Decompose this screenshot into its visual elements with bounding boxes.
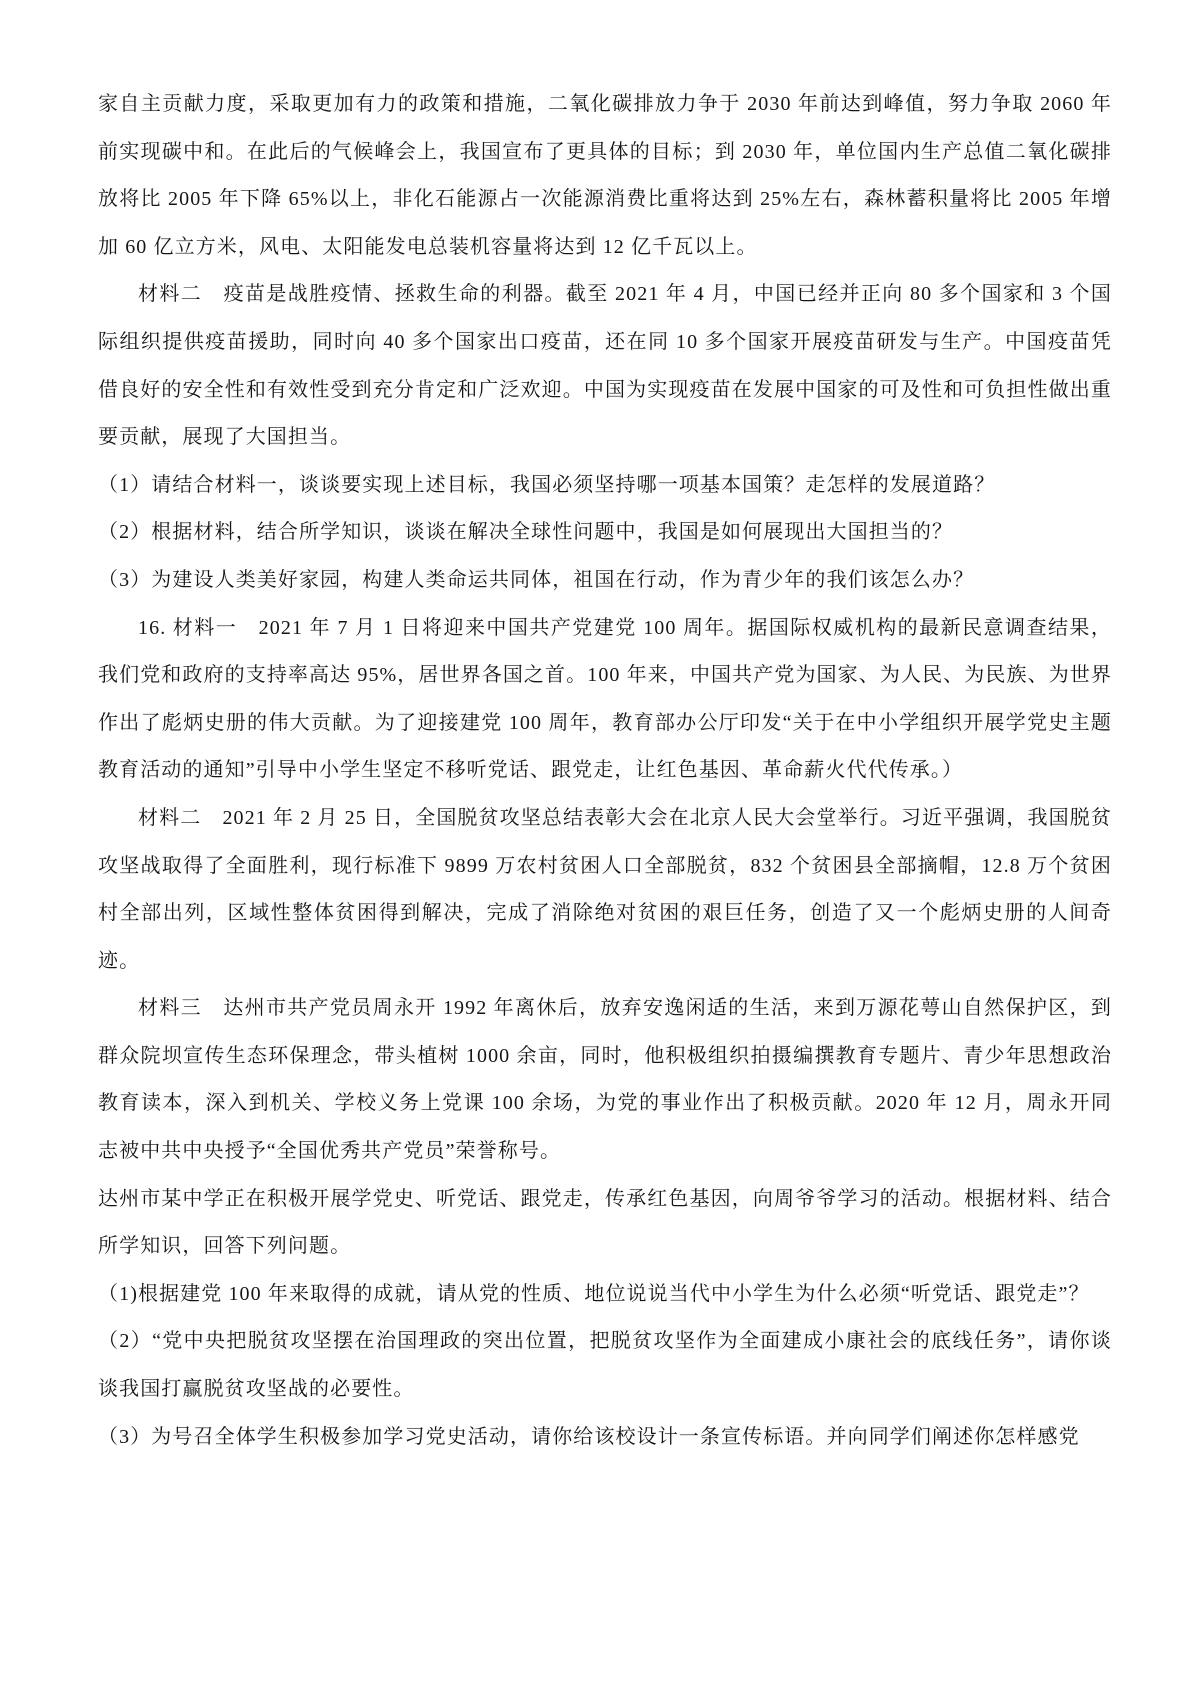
paragraph-q15-material1-continuation: 家自主贡献力度，采取更加有力的政策和措施，二氧化碳排放力争于 2030 年前达到… bbox=[98, 81, 1112, 271]
paragraph-q15-material2: 材料二 疫苗是战胜疫情、拯救生命的利器。截至 2021 年 4 月，中国已经并正… bbox=[98, 271, 1112, 461]
paragraph-q15-question-3: （3）为建设人类美好家园，构建人类命运共同体，祖国在行动，作为青少年的我们该怎么… bbox=[98, 557, 1112, 605]
paragraph-q16-question-1: （1)根据建党 100 年来取得的成就，请从党的性质、地位说说当代中小学生为什么… bbox=[98, 1271, 1112, 1319]
paragraph-q16-intro: 达州市某中学正在积极开展学党史、听党话、跟党走，传承红色基因，向周爷爷学习的活动… bbox=[98, 1176, 1112, 1271]
paragraph-q15-question-1: （1）请结合材料一，谈谈要实现上述目标，我国必须坚持哪一项基本国策？走怎样的发展… bbox=[98, 462, 1112, 510]
document-page: 家自主贡献力度，采取更加有力的政策和措施，二氧化碳排放力争于 2030 年前达到… bbox=[98, 81, 1112, 1461]
paragraph-q16-question-2: （2）“党中央把脱贫攻坚摆在治国理政的突出位置，把脱贫攻坚作为全面建成小康社会的… bbox=[98, 1318, 1112, 1413]
paragraph-q15-question-2: （2）根据材料，结合所学知识，谈谈在解决全球性问题中，我国是如何展现出大国担当的… bbox=[98, 509, 1112, 557]
paragraph-q16-question-3: （3）为号召全体学生积极参加学习党史活动，请你给该校设计一条宣传标语。并向同学们… bbox=[98, 1414, 1112, 1462]
paragraph-q16-material2: 材料二 2021 年 2 月 25 日，全国脱贫攻坚总结表彰大会在北京人民大会堂… bbox=[98, 795, 1112, 985]
paragraph-q16-material1: 16. 材料一 2021 年 7 月 1 日将迎来中国共产党建党 100 周年。… bbox=[98, 605, 1112, 795]
paragraph-q16-material3: 材料三 达州市共产党员周永开 1992 年离休后，放弃安逸闲适的生活，来到万源花… bbox=[98, 985, 1112, 1175]
